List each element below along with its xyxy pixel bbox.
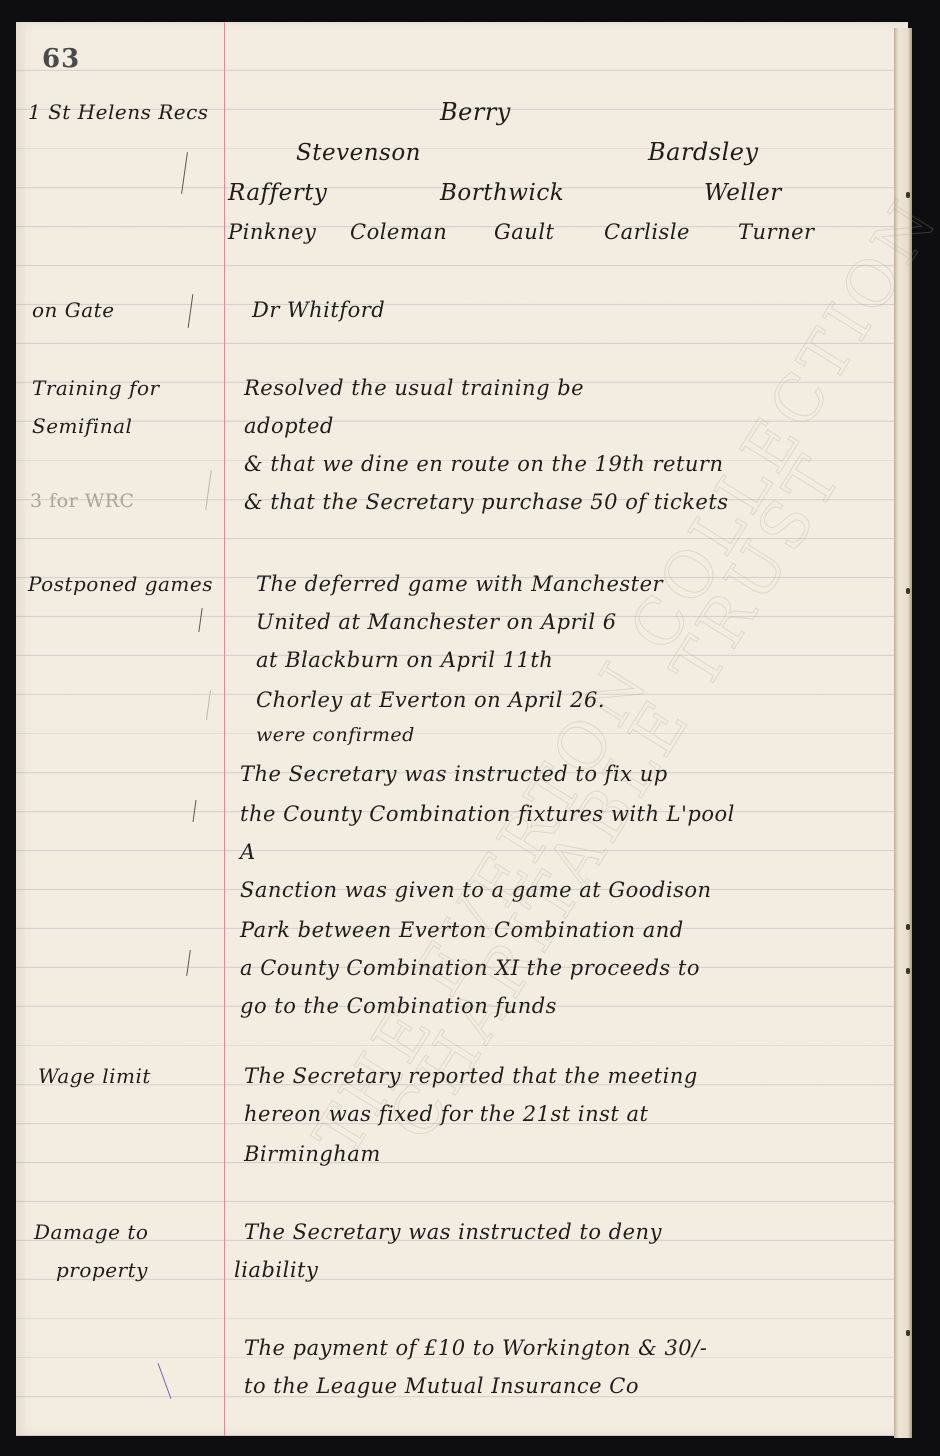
binding-stitch	[906, 192, 910, 198]
player-halfback-centre: Borthwick	[440, 180, 564, 206]
entry-line: The payment of £10 to Workington & 30/-	[244, 1336, 707, 1360]
pencil-note: 3 for WRC	[30, 490, 135, 512]
entry-line: liability	[234, 1258, 318, 1282]
binding-stitch	[906, 588, 910, 594]
player-forward-3: Gault	[494, 220, 554, 244]
margin-label-wage-limit: Wage limit	[38, 1064, 151, 1088]
entry-line: The deferred game with Manchester	[256, 572, 663, 596]
player-back-right: Bardsley	[648, 138, 759, 166]
entry-line: The Secretary was instructed to deny	[244, 1220, 662, 1244]
entry-line: hereon was fixed for the 21st inst at	[244, 1102, 649, 1126]
player-halfback-right: Weller	[704, 180, 782, 206]
player-forward-2: Coleman	[350, 220, 447, 244]
binding-stitch	[906, 924, 910, 930]
margin-label-training: Semifinal	[32, 414, 132, 438]
player-goalkeeper: Berry	[440, 98, 511, 126]
entry-line: go to the Combination funds	[240, 994, 557, 1018]
player-back-left: Stevenson	[296, 140, 421, 166]
entry-line: The Secretary reported that the meeting	[244, 1064, 698, 1088]
entry-line: Park between Everton Combination and	[240, 918, 684, 942]
entry-line: Resolved the usual training be	[244, 376, 584, 400]
entry-line: were confirmed	[256, 724, 415, 746]
entry-line: & that the Secretary purchase 50 of tick…	[244, 490, 729, 514]
margin-label-on-gate: on Gate	[32, 298, 115, 322]
margin-label-damage-to-property: Damage to	[34, 1220, 148, 1244]
player-forward-4: Carlisle	[604, 220, 690, 244]
margin-label-training: Training for	[32, 376, 160, 400]
entry-line: a County Combination XI the proceeds to	[240, 956, 700, 980]
entry-line: the County Combination fixtures with L'p…	[240, 802, 735, 826]
entry-line: Chorley at Everton on April 26.	[256, 688, 605, 712]
entry-line: A	[240, 840, 256, 864]
entry-line: & that we dine en route on the 19th retu…	[244, 452, 723, 476]
margin-rule	[224, 22, 225, 1436]
page-number: 63	[42, 44, 80, 74]
binding-stitch	[906, 1330, 910, 1336]
entry-line: The Secretary was instructed to fix up	[240, 762, 668, 786]
entry-line: at Blackburn on April 11th	[256, 648, 553, 672]
entry-line: adopted	[244, 414, 334, 438]
player-halfback-left: Rafferty	[228, 180, 327, 206]
page-binding-edge	[894, 28, 912, 1438]
entry-line: to the League Mutual Insurance Co	[244, 1374, 639, 1398]
entry-line: Birmingham	[244, 1142, 381, 1166]
margin-label-st-helens: 1 St Helens Recs	[28, 100, 209, 124]
binding-stitch	[906, 968, 910, 974]
margin-label-damage-to-property: property	[56, 1258, 148, 1282]
entry-line: Sanction was given to a game at Goodison	[240, 878, 712, 902]
margin-label-postponed-games: Postponed games	[28, 572, 213, 596]
entry-line: Dr Whitford	[252, 298, 385, 322]
player-forward-5: Turner	[738, 220, 815, 244]
entry-line: United at Manchester on April 6	[256, 610, 617, 634]
player-forward-1: Pinkney	[228, 220, 316, 244]
